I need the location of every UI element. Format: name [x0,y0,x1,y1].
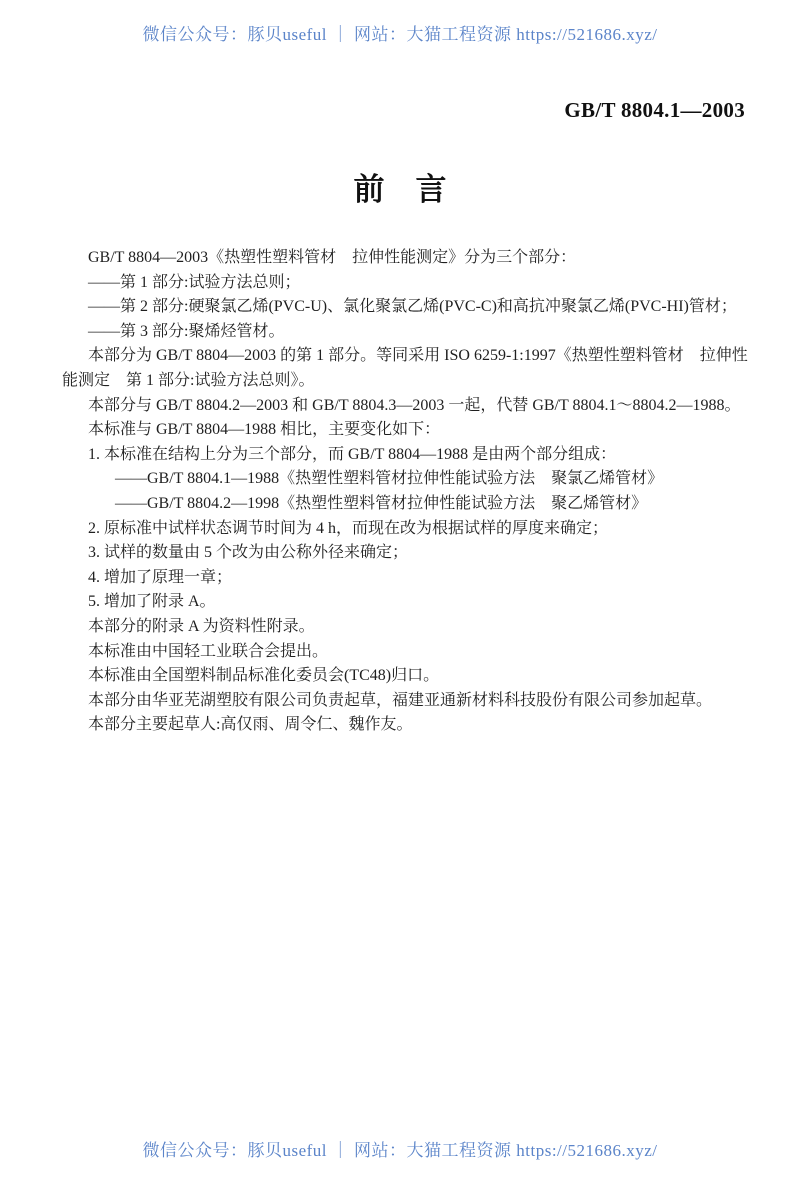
standard-code-header: GB/T 8804.1—2003 [564,98,745,123]
document-page: 微信公众号：豚贝useful ｜ 网站：大猫工程资源 https://52168… [0,0,800,1193]
body-paragraph: 3. 试样的数量由 5 个改为由公称外径来确定； [62,541,750,566]
body-paragraph: 本部分为 GB/T 8804—2003 的第 1 部分。等同采用 ISO 625… [62,344,750,393]
body-paragraph: GB/T 8804—2003《热塑性塑料管材 拉伸性能测定》分为三个部分： [62,246,750,271]
body-paragraph: 1. 本标准在结构上分为三个部分，而 GB/T 8804—1988 是由两个部分… [62,443,750,468]
body-paragraph: 本标准由全国塑料制品标准化委员会(TC48)归口。 [62,664,750,689]
body-paragraph: ——第 2 部分:硬聚氯乙烯(PVC-U)、氯化聚氯乙烯(PVC-C)和高抗冲聚… [62,295,750,320]
body-paragraph: 4. 增加了原理一章； [62,566,750,591]
body-paragraph: ——第 1 部分:试验方法总则； [62,271,750,296]
body-paragraph: 5. 增加了附录 A。 [62,590,750,615]
body-paragraph: 本标准由中国轻工业联合会提出。 [62,640,750,665]
watermark-bottom: 微信公众号：豚贝useful ｜ 网站：大猫工程资源 https://52168… [0,1136,800,1161]
body-paragraph: 本部分的附录 A 为资料性附录。 [62,615,750,640]
body-paragraph: 本部分主要起草人:高仅雨、周令仁、魏作友。 [62,713,750,738]
document-body: GB/T 8804—2003《热塑性塑料管材 拉伸性能测定》分为三个部分： ——… [62,246,750,738]
body-paragraph: 2. 原标准中试样状态调节时间为 4 h，而现在改为根据试样的厚度来确定； [62,517,750,542]
body-paragraph: 本部分与 GB/T 8804.2—2003 和 GB/T 8804.3—2003… [62,394,750,419]
body-paragraph: ——第 3 部分:聚烯烃管材。 [62,320,750,345]
body-paragraph: ——GB/T 8804.1—1988《热塑性塑料管材拉伸性能试验方法 聚氯乙烯管… [62,467,750,492]
body-paragraph: 本标准与 GB/T 8804—1988 相比，主要变化如下： [62,418,750,443]
watermark-top: 微信公众号：豚贝useful ｜ 网站：大猫工程资源 https://52168… [0,20,800,45]
body-paragraph: 本部分由华亚芜湖塑胶有限公司负责起草，福建亚通新材料科技股份有限公司参加起草。 [62,689,750,714]
page-title: 前 言 [0,164,800,209]
body-paragraph: ——GB/T 8804.2—1998《热塑性塑料管材拉伸性能试验方法 聚乙烯管材… [62,492,750,517]
